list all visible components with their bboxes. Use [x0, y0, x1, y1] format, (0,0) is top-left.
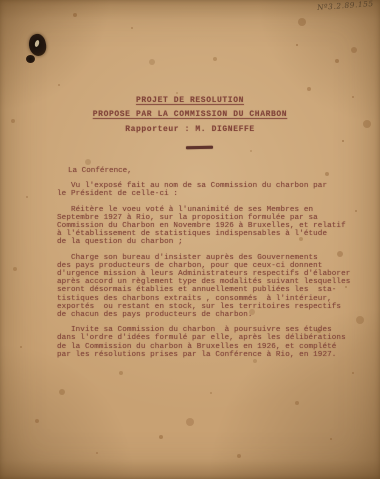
separator-dash	[186, 146, 213, 149]
document-title-line2: PROPOSE PAR LA COMMISSION DU CHARBON	[0, 108, 380, 122]
document-title-line1: PROJET DE RESOLUTION	[0, 94, 380, 108]
ink-blot-satellite	[26, 55, 35, 63]
title-block: PROJET DE RESOLUTION PROPOSE PAR LA COMM…	[0, 94, 380, 137]
handwritten-reference-number: Nº3.2.89.155	[317, 0, 374, 12]
rapporteur-line: Rapporteur : M. DIGNEFFE	[0, 122, 380, 137]
paragraph-reitere: Réitère le voeu voté à l'unanimité de se…	[57, 206, 357, 247]
document-body: La Conférence, Vu l'exposé fait au nom d…	[57, 167, 357, 366]
paragraph-expose: Vu l'exposé fait au nom de sa Commission…	[57, 182, 357, 198]
salutation: La Conférence,	[68, 167, 357, 175]
document-page: Nº3.2.89.155 PROJET DE RESOLUTION PROPOS…	[0, 0, 380, 479]
foxing-spots-large	[0, 0, 4, 4]
paragraph-invite: Invite sa Commission du charbon à poursu…	[57, 326, 357, 359]
paragraph-charge: Charge son bureau d'insister auprès des …	[57, 254, 357, 320]
